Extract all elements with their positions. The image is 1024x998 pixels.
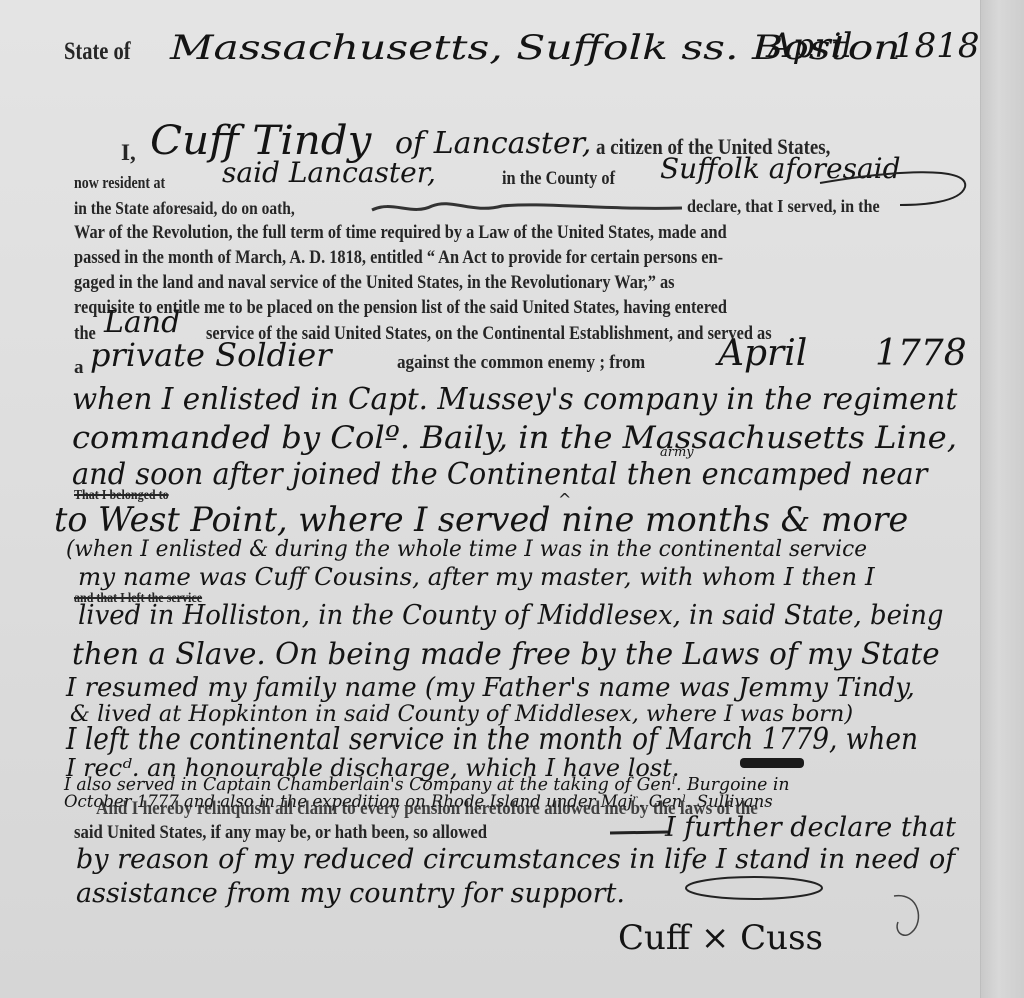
further-line-2: by reason of my reduced circumstances in… xyxy=(76,844,955,875)
service-branch: Land xyxy=(104,305,180,340)
narrative-line-9: I resumed my family name (my Father's na… xyxy=(66,673,915,703)
support-flourish xyxy=(684,874,834,904)
narrative-line-5: (when I enlisted & during the whole time… xyxy=(66,537,867,562)
from-year: 1778 xyxy=(875,333,967,374)
narrative-line-1: when I enlisted in Capt. Mussey's compan… xyxy=(72,382,957,417)
signature-mark: Cuff × Cuss xyxy=(618,918,823,958)
county-label: in the County of xyxy=(502,168,615,190)
page-edge xyxy=(980,0,1024,998)
narrative-line-2: commanded by Colº. Baily, in the Massach… xyxy=(72,420,957,456)
narrative-line-4: to West Point, where I served nine month… xyxy=(54,500,908,540)
interlineation-army: army xyxy=(660,445,694,460)
a-label: a xyxy=(74,357,84,379)
ink-blot xyxy=(740,758,804,768)
oath-dash-flourish xyxy=(372,198,682,218)
body-line-5: passed in the month of March, A. D. 1818… xyxy=(74,247,723,269)
relinquish-line-2: said United States, if any may be, or ha… xyxy=(74,822,487,844)
body-line-6: gaged in the land and naval service of t… xyxy=(74,272,675,294)
further-line-1: I further declare that xyxy=(665,812,956,843)
relinquish-line-1: And I hereby relinquish all claim to eve… xyxy=(96,798,758,820)
header-state-of: State of xyxy=(64,38,131,66)
resident-place: said Lancaster, xyxy=(222,156,436,189)
header-year: 1818 xyxy=(893,26,980,66)
allowed-dash xyxy=(610,829,670,837)
narrative-line-7: lived in Holliston, in the County of Mid… xyxy=(78,600,944,631)
service-rank: private Soldier xyxy=(90,336,332,374)
header-month: April xyxy=(768,26,852,66)
narrative-line-3: and soon after joined the Continental th… xyxy=(72,457,927,492)
salutation: I, xyxy=(121,140,136,166)
body-line-4: War of the Revolution, the full term of … xyxy=(74,222,727,244)
oath-text: in the State aforesaid, do on oath, xyxy=(74,198,295,219)
resident-label: now resident at xyxy=(74,173,165,193)
from-month: April xyxy=(718,333,807,374)
further-line-3: assistance from my country for support. xyxy=(76,878,625,909)
narrative-line-6: my name was Cuff Cousins, after my maste… xyxy=(78,563,875,591)
common-enemy-text: against the common enemy ; from xyxy=(397,352,645,374)
narrative-line-8: then a Slave. On being made free by the … xyxy=(72,637,940,672)
signature-flourish xyxy=(890,892,930,942)
narrative-line-11: I left the continental service in the mo… xyxy=(66,722,918,757)
declare-text: declare, that I served, in the xyxy=(687,196,880,217)
